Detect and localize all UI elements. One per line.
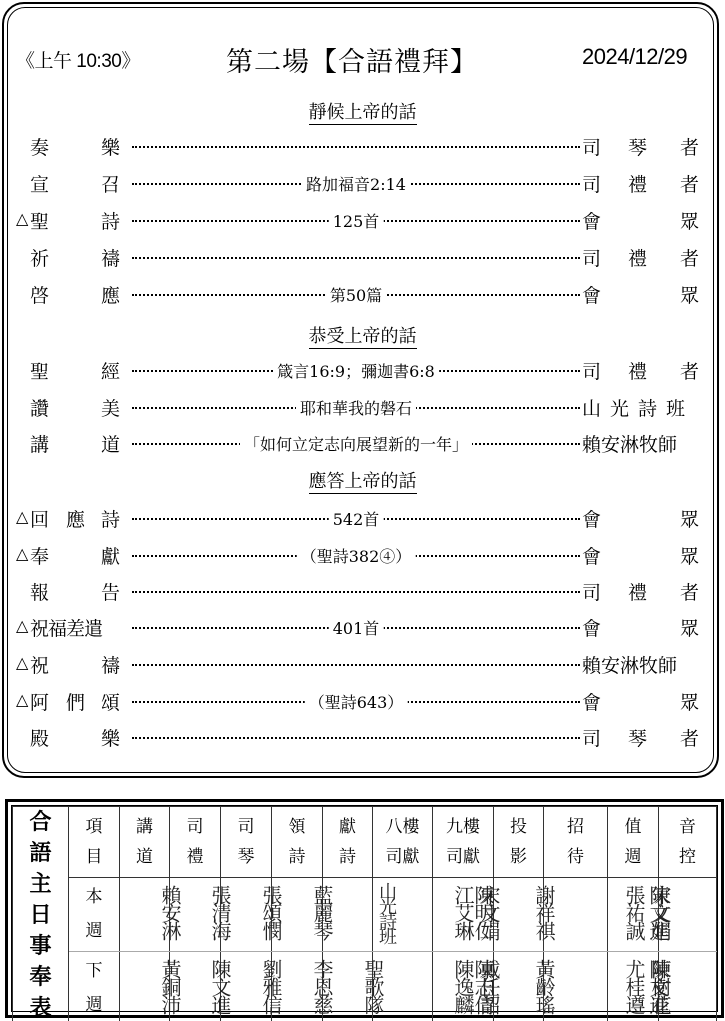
liturgy-item-name: 祝福差遣: [30, 614, 102, 641]
next-week-assignee: 黃齡瑤: [494, 951, 544, 1021]
liturgy-item-leader: 眾: [680, 542, 699, 569]
liturgy-item-content: （聖詩643）: [305, 690, 408, 713]
this-week-assignee: 山光詩班: [323, 878, 373, 951]
duty-column-header: 領詩: [272, 807, 323, 878]
liturgy-row: 宣召路加福音2:14司禮者: [0, 170, 725, 200]
liturgy-row: 祈禱司禮者: [0, 244, 725, 274]
liturgy-item-name: 講: [30, 430, 49, 457]
liturgy-item-leader: 琴: [628, 133, 647, 160]
liturgy-row: 啓應第50篇會眾: [0, 281, 725, 311]
liturgy-item-leader: 司: [582, 357, 601, 384]
liturgy-row: △祝福差遣401首會眾: [0, 614, 725, 644]
this-week-assignee: 陳明仁: [433, 878, 494, 951]
duty-column-header: 八樓司獻: [373, 807, 433, 878]
duty-column-header: 司琴: [221, 807, 272, 878]
liturgy-item-name: 殿: [30, 724, 49, 751]
liturgy-row: 講道「如何立定志向展望新的一年」賴安淋牧師: [0, 430, 725, 460]
duty-column-header: 講道: [120, 807, 170, 878]
liturgy-item-name: 應: [66, 505, 85, 532]
liturgy-item-name: 報: [30, 578, 49, 605]
liturgy-item-leader: 者: [680, 724, 699, 751]
service-time: 《上午 10:30》: [16, 46, 140, 73]
liturgy-item-leader: 禮: [628, 578, 647, 605]
liturgy-item-content: 路加福音2:14: [302, 172, 410, 195]
liturgy-item-leader: 者: [680, 357, 699, 384]
liturgy-item-leader: 禮: [628, 170, 647, 197]
this-week-assignee: 張清海: [170, 878, 221, 951]
duty-table-title-char: 事: [13, 931, 68, 962]
liturgy-row: △聖詩125首會眾: [0, 207, 725, 237]
liturgy-item-leader: 會: [582, 281, 601, 308]
liturgy-row: △回應詩542首會眾: [0, 505, 725, 535]
liturgy-item-leader: 琴: [628, 724, 647, 751]
next-week-assignee: 陳文進: [170, 951, 221, 1021]
liturgy-item-name: 阿: [30, 688, 49, 715]
next-week-assignee: 陳樹花尤桂遵: [544, 951, 608, 1021]
liturgy-item-name: 樂: [101, 724, 120, 751]
this-week-assignee: 宋文娟江艾琳: [373, 878, 433, 951]
liturgy-item-name: 禱: [101, 651, 120, 678]
liturgy-item-name: 們: [66, 688, 85, 715]
this-week-label: 本週: [69, 878, 120, 951]
duty-table-title: 合語主日事奉表: [13, 807, 69, 1021]
liturgy-item-leader: 者: [680, 244, 699, 271]
this-week-assignee: 藍麗琴: [272, 878, 323, 951]
duty-table-title-char: 表: [13, 993, 68, 1021]
liturgy-row: 殿樂司琴者: [0, 724, 725, 754]
liturgy-row: △阿們頌（聖詩643）會眾: [0, 688, 725, 718]
liturgy-row: 報告司禮者: [0, 578, 725, 608]
dot-leader: [132, 735, 580, 739]
dot-leader: [132, 662, 580, 666]
congregation-stand-icon: △: [16, 544, 28, 563]
next-week-assignee: 黃銅沛: [120, 951, 170, 1021]
next-week-assignee: 戴任詔陳逸麟: [373, 951, 433, 1021]
liturgy-item-leader: 會: [582, 542, 601, 569]
liturgy-item-leader: 山光詩班: [582, 394, 694, 421]
liturgy-item-leader: 眾: [680, 614, 699, 641]
duty-table-title-char: 合: [13, 807, 68, 838]
next-week-label: 下週: [69, 951, 120, 1021]
liturgy-item-leader: 賴安淋牧師: [582, 430, 677, 457]
liturgy-item-name: 啓: [30, 281, 49, 308]
congregation-stand-icon: △: [16, 616, 28, 635]
congregation-stand-icon: △: [16, 209, 28, 228]
liturgy-item-leader: 禮: [628, 357, 647, 384]
next-week-assignee: 陳文進: [608, 951, 659, 1021]
liturgy-item-leader: 會: [582, 614, 601, 641]
liturgy-item-leader: 眾: [680, 688, 699, 715]
liturgy-item-name: 樂: [101, 133, 120, 160]
duty-table-title-char: 主: [13, 869, 68, 900]
this-week-assignee: 宋文娟張祐誠: [544, 878, 608, 951]
next-week-assignee: 劉雅信: [221, 951, 272, 1021]
liturgy-item-leader: 眾: [680, 207, 699, 234]
section-heading: 靜候上帝的話: [0, 98, 725, 124]
congregation-stand-icon: △: [16, 507, 28, 526]
liturgy-item-name: 聖: [30, 207, 49, 234]
service-date: 2024/12/29: [582, 44, 687, 70]
dot-leader: [132, 589, 580, 593]
congregation-stand-icon: △: [16, 690, 28, 709]
liturgy-row: 聖經箴言16:9；彌迦書6:8司禮者: [0, 357, 725, 387]
liturgy-item-name: 讚: [30, 394, 49, 421]
duty-column-header: 招待: [544, 807, 608, 878]
liturgy-item-content: 第50篇: [326, 283, 386, 306]
liturgy-item-content: 401首: [329, 616, 384, 639]
liturgy-item-leader: 會: [582, 505, 601, 532]
liturgy-item-leader: 司: [582, 133, 601, 160]
liturgy-item-leader: 司: [582, 724, 601, 751]
next-week-assignee: 朱雅婷朱雅筠: [659, 951, 717, 1021]
liturgy-item-name: 禱: [101, 244, 120, 271]
dot-leader: [132, 144, 580, 148]
liturgy-item-name: 召: [101, 170, 120, 197]
liturgy-item-content: 耶和華我的磐石: [296, 396, 416, 419]
liturgy-item-name: 祝: [30, 651, 49, 678]
this-week-assignee: 陳文進: [608, 878, 659, 951]
liturgy-item-name: 應: [101, 281, 120, 308]
liturgy-item-name: 奉: [30, 542, 49, 569]
this-week-assignee: 謝祥祺: [494, 878, 544, 951]
liturgy-item-leader: 司: [582, 170, 601, 197]
duty-table-title-char: 奉: [13, 962, 68, 993]
liturgy-item-content: （聖詩382④）: [297, 544, 416, 567]
assignee-name: 陳志倩: [473, 959, 493, 1013]
liturgy-item-leader: 司: [582, 244, 601, 271]
liturgy-item-content: 542首: [329, 507, 384, 530]
liturgy-row: 奏樂司琴者: [0, 133, 725, 163]
section-heading: 恭受上帝的話: [0, 322, 725, 348]
liturgy-item-leader: 會: [582, 688, 601, 715]
liturgy-row: △奉獻（聖詩382④）會眾: [0, 542, 725, 572]
next-week-assignee: 陳志倩: [433, 951, 494, 1021]
liturgy-item-name: 祈: [30, 244, 49, 271]
liturgy-item-name: 頌: [101, 688, 120, 715]
liturgy-item-name: 獻: [101, 542, 120, 569]
this-week-assignee: 賴安淋: [120, 878, 170, 951]
bulletin-header: 《上午 10:30》 第二場【合語禮拜】 2024/12/29: [0, 40, 725, 80]
liturgy-item-leader: 眾: [680, 505, 699, 532]
liturgy-item-name: 經: [101, 357, 120, 384]
this-week-assignee: 朱雅婷朱雅筠: [659, 878, 717, 951]
next-week-assignee: 李恩慈: [272, 951, 323, 1021]
liturgy-item-leader: 眾: [680, 281, 699, 308]
liturgy-item-name: 美: [101, 394, 120, 421]
liturgy-item-name: 奏: [30, 133, 49, 160]
liturgy-item-name: 宣: [30, 170, 49, 197]
duty-table-frame: 合語主日事奉表 項目 講道司禮司琴領詩獻詩八樓司獻九樓司獻投影招待值週音控 本週…: [5, 799, 724, 1018]
next-week-assignee: 聖歌隊: [323, 951, 373, 1021]
liturgy-item-leader: 賴安淋牧師: [582, 651, 677, 678]
assignee-name: 陳明仁: [473, 885, 493, 939]
liturgy-item-leader: 者: [680, 578, 699, 605]
duty-column-header: 投影: [494, 807, 544, 878]
liturgy-item-leader: 禮: [628, 244, 647, 271]
liturgy-item-name: 詩: [101, 505, 120, 532]
service-title: 第二場【合語禮拜】: [226, 40, 478, 79]
duty-table: 合語主日事奉表 項目 講道司禮司琴領詩獻詩八樓司獻九樓司獻投影招待值週音控 本週…: [12, 806, 717, 1021]
duty-table-title-char: 日: [13, 900, 68, 931]
duty-column-header: 獻詩: [323, 807, 373, 878]
duty-column-header: 九樓司獻: [433, 807, 494, 878]
liturgy-item-leader: 者: [680, 133, 699, 160]
liturgy-item-leader: 會: [582, 207, 601, 234]
liturgy-item-name: 告: [101, 578, 120, 605]
dot-leader: [132, 255, 580, 259]
liturgy-item-content: 箴言16:9；彌迦書6:8: [273, 359, 439, 382]
duty-table-title-char: 語: [13, 838, 68, 869]
duty-column-header: 值週: [608, 807, 659, 878]
section-heading: 應答上帝的話: [0, 467, 725, 493]
liturgy-row: 讚美耶和華我的磐石山光詩班: [0, 394, 725, 424]
liturgy-item-name: 詩: [101, 207, 120, 234]
item-header: 項目: [69, 807, 120, 878]
liturgy-item-name: 回: [30, 505, 49, 532]
liturgy-item-content: 125首: [329, 209, 384, 232]
duty-column-header: 音控: [659, 807, 717, 878]
liturgy-row: △祝禱賴安淋牧師: [0, 651, 725, 681]
congregation-stand-icon: △: [16, 653, 28, 672]
duty-column-header: 司禮: [170, 807, 221, 878]
this-week-assignee: 張頌憫: [221, 878, 272, 951]
liturgy-item-content: 「如何立定志向展望新的一年」: [240, 432, 472, 455]
liturgy-item-leader: 者: [680, 170, 699, 197]
liturgy-item-name: 聖: [30, 357, 49, 384]
liturgy-item-name: 道: [101, 430, 120, 457]
liturgy-item-leader: 司: [582, 578, 601, 605]
